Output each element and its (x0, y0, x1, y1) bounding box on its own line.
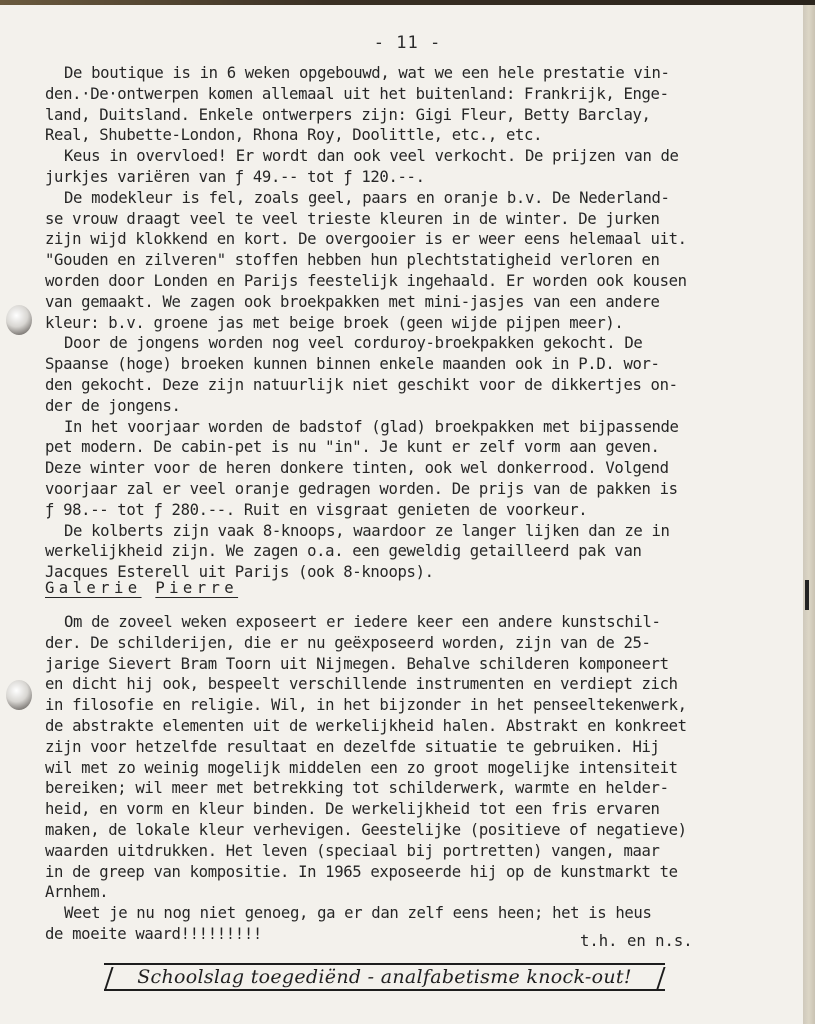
text-line: se vrouw draagt veel te veel trieste kle… (45, 209, 765, 230)
text-line: jurkjes variëren van ƒ 49.-- tot ƒ 120.-… (45, 167, 765, 188)
text-line: Weet je nu nog niet genoeg, ga er dan ze… (45, 903, 765, 924)
text-line: heid, en vorm en kleur binden. De werkel… (45, 799, 765, 820)
text-line: kleur: b.v. groene jas met beige broek (… (45, 313, 765, 334)
text-line: In het voorjaar worden de badstof (glad)… (45, 417, 765, 438)
page-right-edge (803, 5, 815, 1024)
text-line: Om de zoveel weken exposeert er iedere k… (45, 612, 765, 633)
text-line: Deze winter voor de heren donkere tinten… (45, 458, 765, 479)
text-line: in filosofie en religie. Wil, in het bij… (45, 695, 765, 716)
text-line: voorjaar zal er veel oranje gedragen wor… (45, 479, 765, 500)
text-line: Keus in overvloed! Er wordt dan ook veel… (45, 146, 765, 167)
text-line: De modekleur is fel, zoals geel, paars e… (45, 188, 765, 209)
text-line: wil met zo weinig mogelijk middelen een … (45, 758, 765, 779)
heading-word-galerie: Galerie (45, 579, 142, 597)
text-line: der. De schilderijen, die er nu geëxpose… (45, 633, 765, 654)
text-line: en dicht hij ook, bespeelt verschillende… (45, 674, 765, 695)
author-signature: t.h. en n.s. (580, 932, 693, 950)
text-line: zijn wijd klokkend en kort. De overgooie… (45, 229, 765, 250)
edge-mark (805, 580, 809, 610)
text-line: werkelijkheid zijn. We zagen o.a. een ge… (45, 541, 765, 562)
text-line: zijn voor hetzelfde resultaat en dezelfd… (45, 737, 765, 758)
text-line: den.·De·ontwerpen komen allemaal uit het… (45, 84, 765, 105)
text-line: den gekocht. Deze zijn natuurlijk niet g… (45, 375, 765, 396)
text-line: van gemaakt. We zagen ook broekpakken me… (45, 292, 765, 313)
punch-hole-icon (6, 305, 32, 335)
text-line: waarden uitdrukken. Het leven (speciaal … (45, 841, 765, 862)
article-boutique: De boutique is in 6 weken opgebouwd, wat… (45, 63, 765, 583)
text-line: der de jongens. (45, 396, 765, 417)
punch-hole-icon (6, 680, 32, 710)
text-line: "Gouden en zilveren" stoffen hebben hun … (45, 250, 765, 271)
text-line: worden door Londen en Parijs feestelijk … (45, 271, 765, 292)
text-line: De boutique is in 6 weken opgebouwd, wat… (45, 63, 765, 84)
text-line: Arnhem. (45, 882, 765, 903)
text-line: bereiken; wil meer met betrekking tot sc… (45, 778, 765, 799)
text-line: maken, de lokale kleur verhevigen. Geest… (45, 820, 765, 841)
text-line: Door de jongens worden nog veel corduroy… (45, 333, 765, 354)
text-line: de abstrakte elementen uit de werkelijkh… (45, 716, 765, 737)
slogan-banner: Schoolslag toegediënd - analfabetisme kn… (104, 963, 665, 991)
slogan-text: Schoolslag toegediënd - analfabetisme kn… (137, 966, 632, 988)
section-heading: Galerie Pierre (45, 579, 238, 597)
text-line: Spaanse (hoge) broeken kunnen binnen enk… (45, 354, 765, 375)
text-line: pet modern. De cabin-pet is nu "in". Je … (45, 437, 765, 458)
text-line: jarige Sievert Bram Toorn uit Nijmegen. … (45, 654, 765, 675)
text-line: land, Duitsland. Enkele ontwerpers zijn:… (45, 105, 765, 126)
text-line: in de greep van kompositie. In 1965 expo… (45, 862, 765, 883)
heading-word-pierre: Pierre (155, 579, 238, 597)
page-number: - 11 - (0, 33, 815, 53)
text-line: De kolberts zijn vaak 8-knoops, waardoor… (45, 521, 765, 542)
text-line: ƒ 98.-- tot ƒ 280.--. Ruit en visgraat g… (45, 500, 765, 521)
article-galerie-pierre: Om de zoveel weken exposeert er iedere k… (45, 612, 765, 945)
text-line: Real, Shubette-London, Rhona Roy, Doolit… (45, 125, 765, 146)
